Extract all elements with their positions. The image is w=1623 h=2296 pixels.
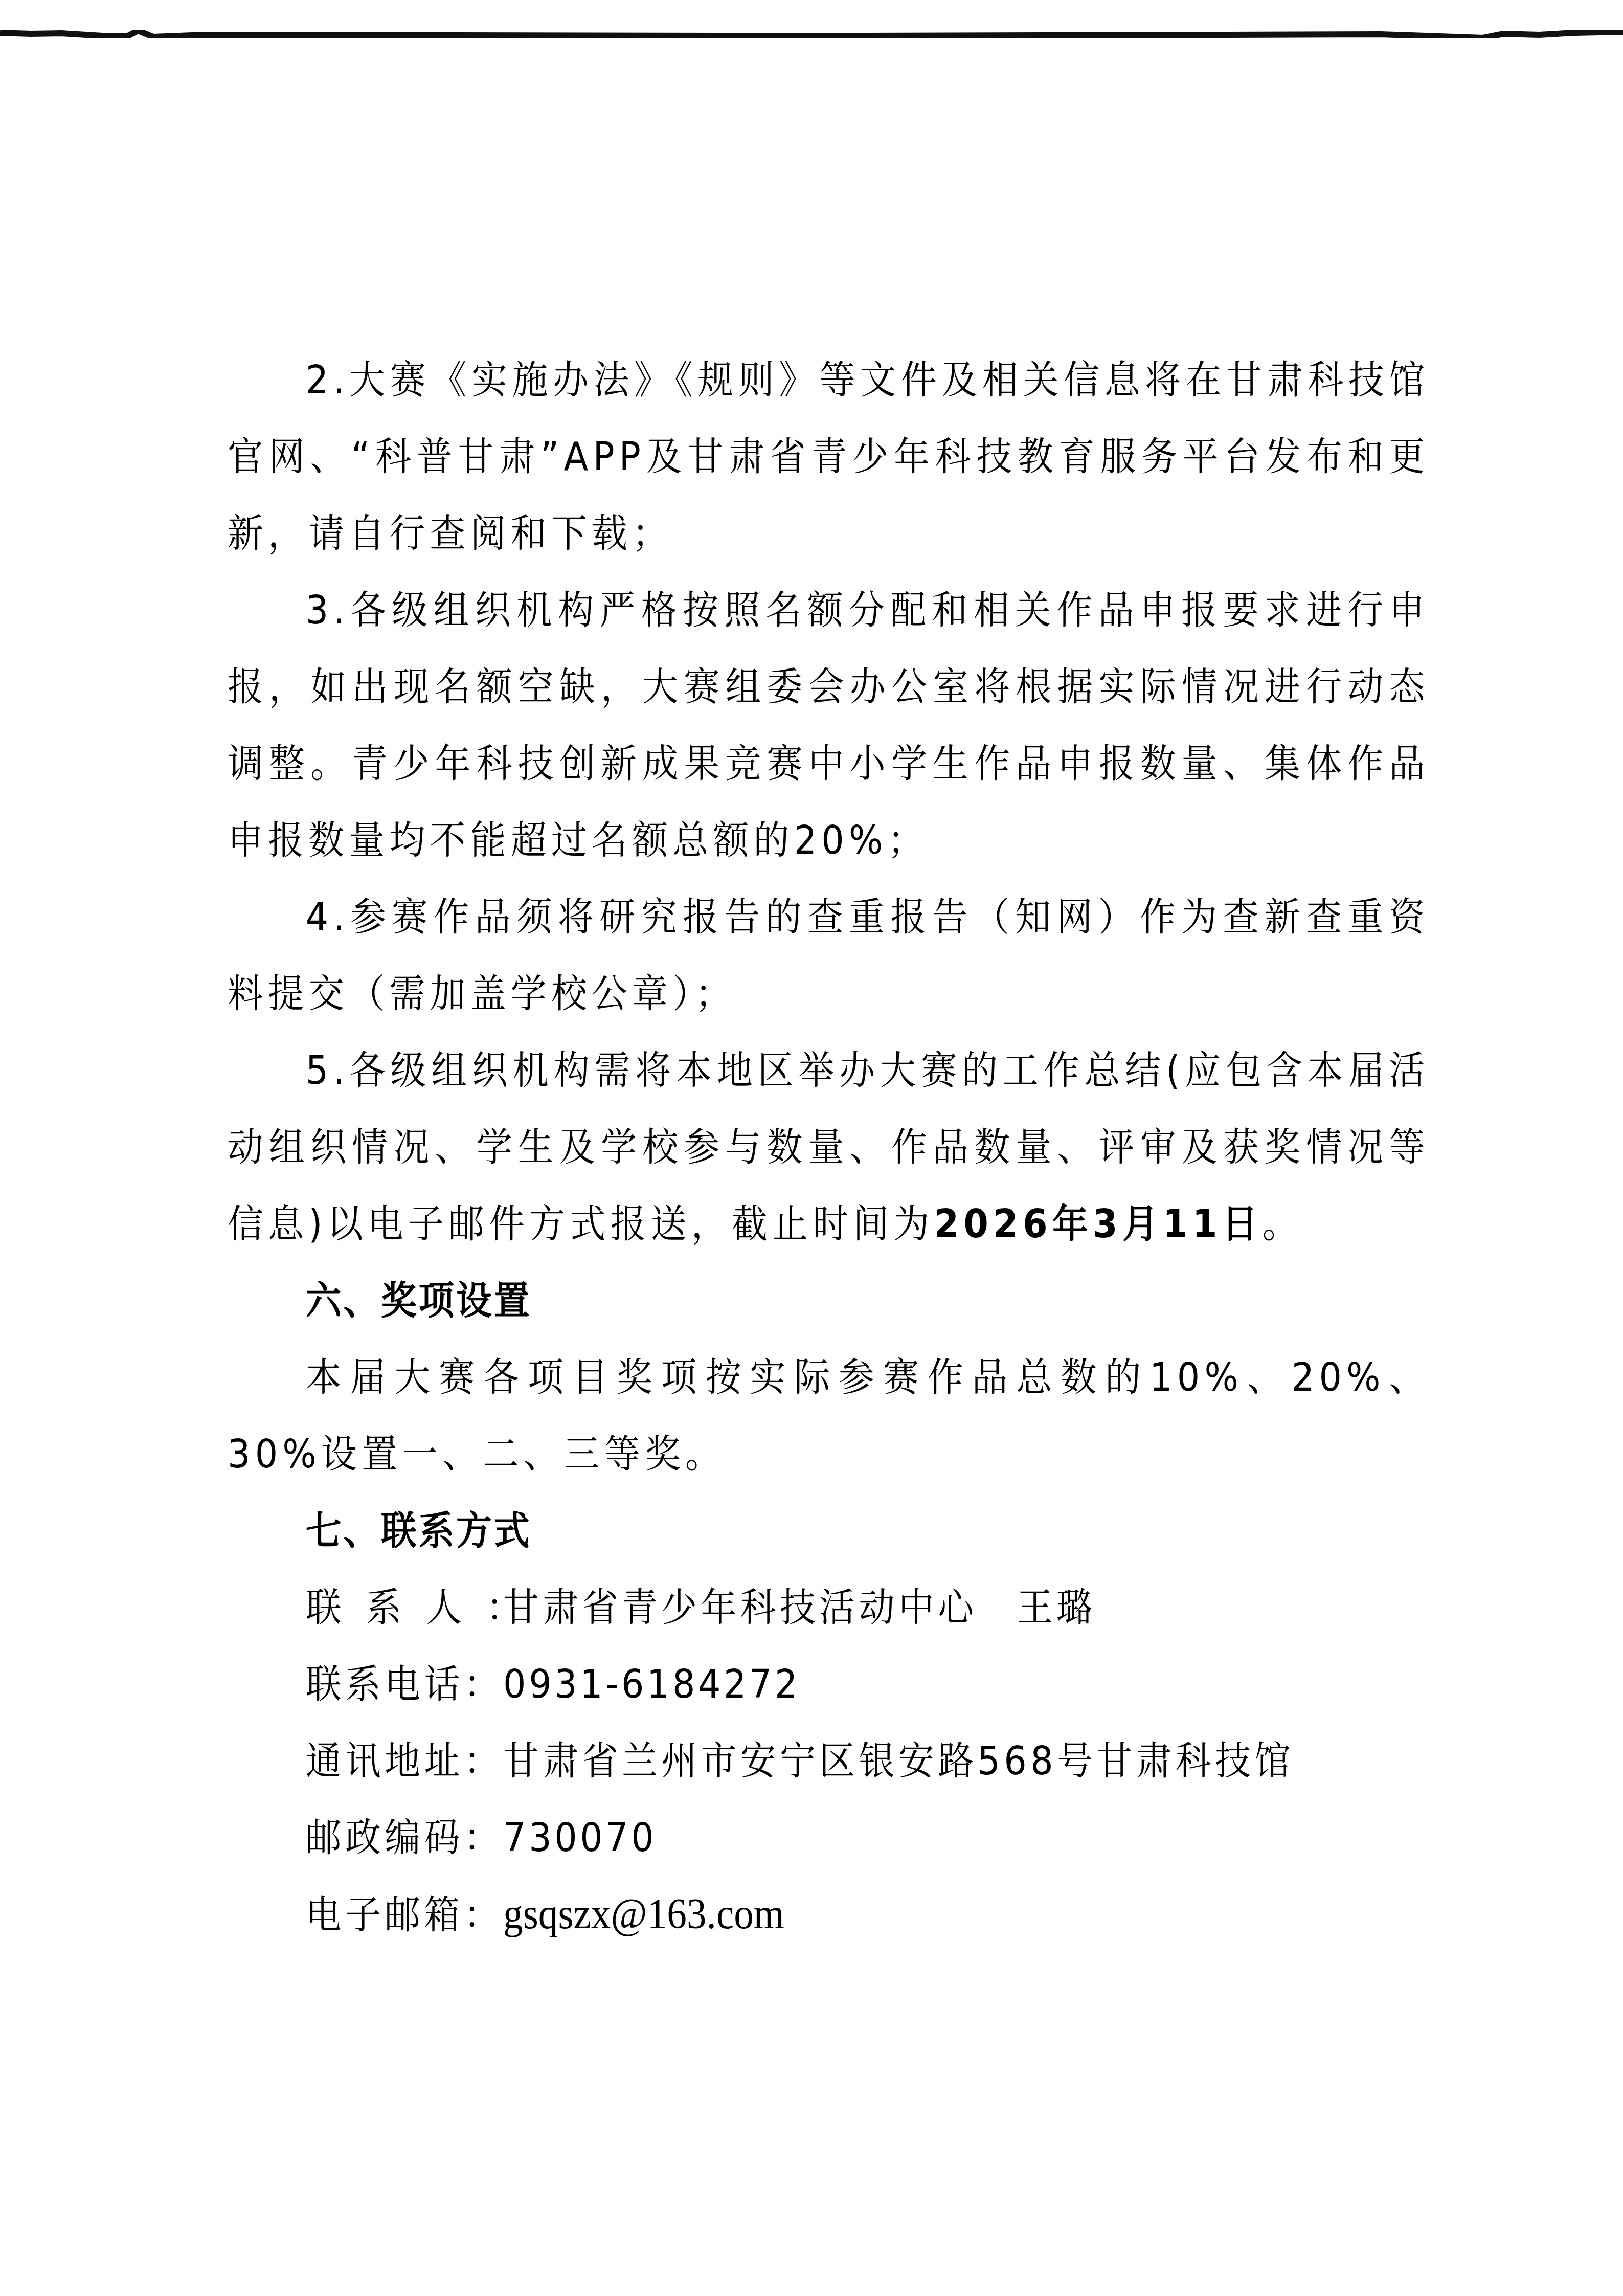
contact-email-value: gsqszx@163.com <box>503 1890 784 1938</box>
section-6-body: 本届大赛各项目奖项按实际参赛作品总数的10%、20%、30%设置一、二、三等奖。 <box>228 1339 1430 1492</box>
item-number: 2. <box>306 357 349 403</box>
contact-person-label: 联系人： <box>306 1569 503 1646</box>
item-number: 3. <box>306 587 349 633</box>
contact-postcode-value: 730070 <box>503 1815 657 1860</box>
item-number: 5. <box>306 1047 349 1093</box>
contact-phone-value: 0931-6184272 <box>503 1661 800 1707</box>
contact-postcode-label: 邮政编码： <box>306 1799 503 1876</box>
section-7-heading: 七、联系方式 <box>228 1492 1333 1569</box>
scan-top-border-line <box>0 30 1623 38</box>
deadline-date: 2026年3月11日 <box>934 1201 1263 1246</box>
document-page: 2.大赛《实施办法》《规则》等文件及相关信息将在甘肃科技馆官网、“科普甘肃”AP… <box>228 342 1429 1953</box>
item-text: 大赛《实施办法》《规则》等文件及相关信息将在甘肃科技馆官网、“科普甘肃”APP及… <box>228 357 1430 556</box>
item-number: 4. <box>306 894 349 940</box>
contact-address-row: 通讯地址：甘肃省兰州市安宁区银安路568号甘肃科技馆 <box>228 1723 1333 1799</box>
contact-address-value: 甘肃省兰州市安宁区银安路568号甘肃科技馆 <box>503 1738 1294 1784</box>
item-2: 2.大赛《实施办法》《规则》等文件及相关信息将在甘肃科技馆官网、“科普甘肃”AP… <box>228 342 1430 572</box>
section-6-heading: 六、奖项设置 <box>228 1262 1333 1339</box>
contact-phone-row: 联系电话：0931-6184272 <box>228 1646 1333 1723</box>
contact-phone-label: 联系电话： <box>306 1646 503 1723</box>
contact-person-row: 联系人：甘肃省青少年科技活动中心 王璐 <box>228 1569 1333 1646</box>
contact-postcode-row: 邮政编码：730070 <box>228 1799 1333 1876</box>
item-text-end: 。 <box>1263 1201 1303 1246</box>
item-text: 各级组织机构严格按照名额分配和相关作品申报要求进行申报，如出现名额空缺，大赛组委… <box>228 587 1430 863</box>
item-text: 参赛作品须将研究报告的查重报告（知网）作为查新查重资料提交（需加盖学校公章）； <box>228 894 1430 1016</box>
item-4: 4.参赛作品须将研究报告的查重报告（知网）作为查新查重资料提交（需加盖学校公章）… <box>228 879 1430 1032</box>
item-5: 5.各级组织机构需将本地区举办大赛的工作总结(应包含本届活动组织情况、学生及学校… <box>228 1032 1430 1262</box>
contact-address-label: 通讯地址： <box>306 1723 503 1799</box>
contact-email-label: 电子邮箱： <box>306 1877 503 1953</box>
contact-email-row: 电子邮箱：gsqszx@163.com <box>228 1876 1333 1953</box>
contact-person-value: 甘肃省青少年科技活动中心 王璐 <box>503 1585 1096 1630</box>
item-3: 3.各级组织机构严格按照名额分配和相关作品申报要求进行申报，如出现名额空缺，大赛… <box>228 572 1430 879</box>
